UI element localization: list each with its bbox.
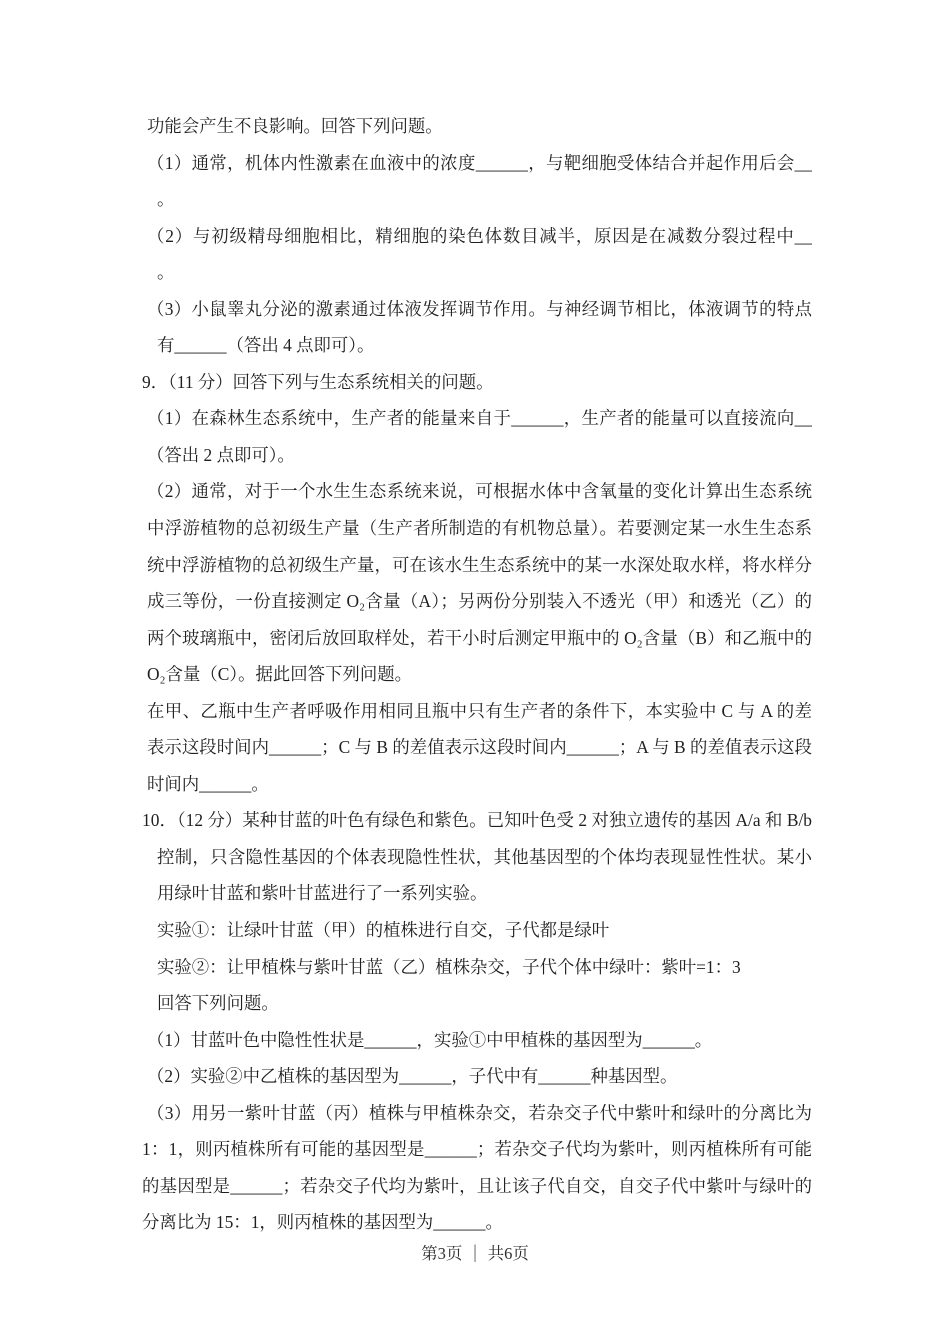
page-footer: 第3页 | 共6页	[0, 1240, 950, 1264]
footer-page-number: 第3页	[421, 1240, 462, 1264]
text-line: 用绿叶甘蓝和紫叶甘蓝进行了一系列实验。	[142, 875, 812, 912]
footer-page-total: 共6页	[488, 1240, 529, 1264]
text-line: 有______（答出 4 点即可）。	[142, 327, 812, 364]
text-line: 实验②：让甲植株与紫叶甘蓝（乙）植株杂交，子代个体中绿叶：紫叶=1：3	[142, 949, 812, 986]
text-line: O₂含量（C）。据此回答下列问题。	[142, 656, 812, 693]
text-line: 功能会产生不良影响。回答下列问题。	[142, 108, 812, 145]
footer-separator: |	[473, 1241, 476, 1264]
text-line: （2）实验②中乙植株的基因型为______，子代中有______种基因型。	[142, 1058, 812, 1095]
text-line: 。	[142, 254, 812, 291]
exam-page: 功能会产生不良影响。回答下列问题。（1）通常，机体内性激素在血液中的浓度____…	[0, 0, 950, 1344]
text-line: 表示这段时间内______；C 与 B 的差值表示这段时间内______；A 与…	[142, 729, 812, 766]
text-line: 控制，只含隐性基因的个体表现隐性性状，其他基因型的个体均表现显性性状。某小组	[142, 839, 812, 876]
text-line: 分离比为 15：1，则丙植株的基因型为______。	[142, 1204, 812, 1241]
text-line: （1）通常，机体内性激素在血液中的浓度______，与靶细胞受体结合并起作用后会…	[142, 145, 812, 182]
text-line: 。	[142, 181, 812, 218]
text-line: （1）在森林生态系统中，生产者的能量来自于______，生产者的能量可以直接流向…	[142, 400, 812, 437]
text-line: 实验①：让绿叶甘蓝（甲）的植株进行自交，子代都是绿叶	[142, 912, 812, 949]
text-line: 9．（11 分）回答下列与生态系统相关的问题。	[142, 364, 812, 401]
text-line: 在甲、乙瓶中生产者呼吸作用相同且瓶中只有生产者的条件下，本实验中 C 与 A 的…	[142, 693, 812, 730]
text-line: （2）与初级精母细胞相比，精细胞的染色体数目减半，原因是在减数分裂过程中__	[142, 218, 812, 255]
text-line: （2）通常，对于一个水生生态系统来说，可根据水体中含氧量的变化计算出生态系统	[142, 473, 812, 510]
text-line: 的基因型是______；若杂交子代均为紫叶，且让该子代自交，自交子代中紫叶与绿叶…	[142, 1168, 812, 1205]
text-line: 10．（12 分）某种甘蓝的叶色有绿色和紫色。已知叶色受 2 对独立遗传的基因 …	[142, 802, 812, 839]
text-line: 中浮游植物的总初级生产量（生产者所制造的有机物总量）。若要测定某一水生生态系	[142, 510, 812, 547]
document-body: 功能会产生不良影响。回答下列问题。（1）通常，机体内性激素在血液中的浓度____…	[142, 108, 812, 1241]
text-line: （1）甘蓝叶色中隐性性状是______，实验①中甲植株的基因型为______。	[142, 1022, 812, 1059]
text-line: （3）小鼠睾丸分泌的激素通过体液发挥调节作用。与神经调节相比，体液调节的特点	[142, 291, 812, 328]
text-line: 时间内______。	[142, 766, 812, 803]
text-line: （答出 2 点即可）。	[142, 437, 812, 474]
text-line: （3）用另一紫叶甘蓝（丙）植株与甲植株杂交，若杂交子代中紫叶和绿叶的分离比为	[142, 1095, 812, 1132]
text-line: 1：1，则丙植株所有可能的基因型是______；若杂交子代均为紫叶，则丙植株所有…	[142, 1131, 812, 1168]
text-line: 成三等份，一份直接测定 O₂含量（A）；另两份分别装入不透光（甲）和透光（乙）的	[142, 583, 812, 620]
text-line: 统中浮游植物的总初级生产量，可在该水生生态系统中的某一水深处取水样，将水样分	[142, 547, 812, 584]
text-line: 两个玻璃瓶中，密闭后放回取样处，若干小时后测定甲瓶中的 O₂含量（B）和乙瓶中的	[142, 620, 812, 657]
text-line: 回答下列问题。	[142, 985, 812, 1022]
